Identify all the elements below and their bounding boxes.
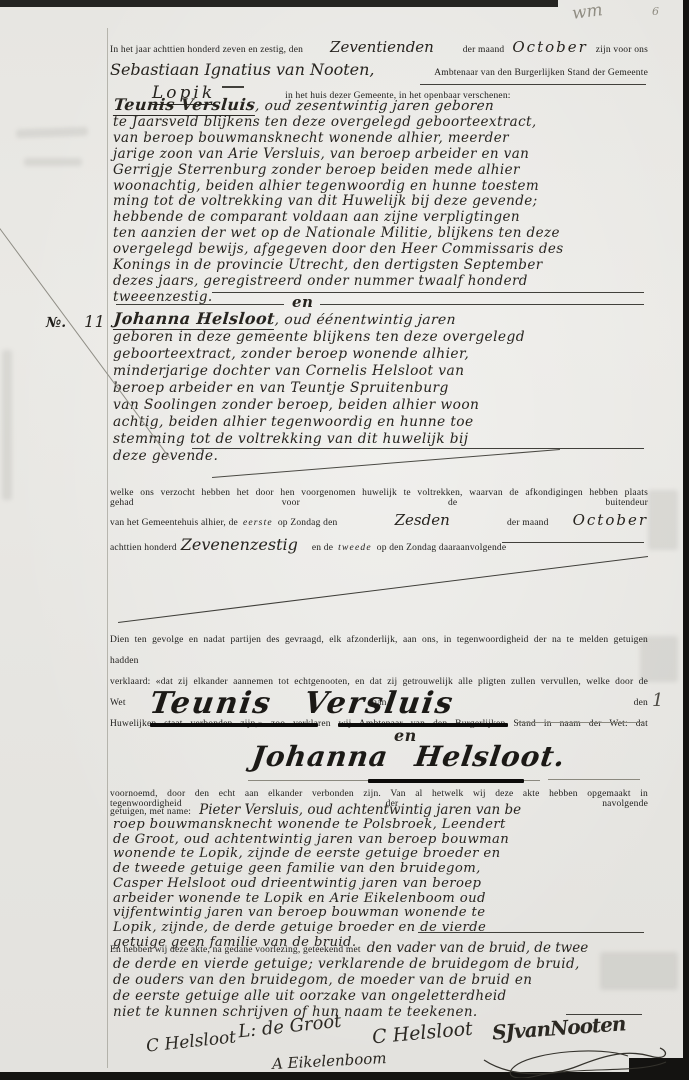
witness-line: de Groot, oud achtentwintig jaren van be… [113,833,509,848]
pencil-annotation-mark: 6 [652,5,659,18]
banns-printed-3d: op den Zondag daaraanvolgende [377,543,507,553]
bride-line: van Soolingen zonder beroep, beiden alhi… [113,397,525,414]
bride-line-1-rest: , oud éénentwintig jaren [274,312,456,328]
bleed-through-smudge [24,158,82,166]
name-underline-bar [368,779,524,783]
bride-line: geboorteextract, zonder beroep wonende a… [113,346,525,363]
intro-handwritten-registrar: Sebastiaan Ignatius van Nooten, [110,60,424,79]
groom-line: van beroep bouwmansknecht wonende alhier… [113,131,564,147]
scanned-marriage-record: wm 6 In het jaar achttien honderd zeven … [0,0,689,1080]
groom-line: ming tot de voltrekking van dit Huwelijk… [113,194,564,210]
banns-handwritten-month: October [573,511,648,529]
witness-line: Casper Helsloot oud drieentwintig jaren … [113,877,509,892]
groom-line: te Jaarsveld blijkens ten deze overgeleg… [113,115,564,131]
signature-c-helsloot-1: C Helsloot [145,1027,237,1056]
witness-line: arbeider wonende te Lopik en Arie Eikele… [113,892,509,907]
intro-handwritten-month: October [512,38,587,56]
fill-rule [222,86,244,88]
name-underline-bar [150,723,318,727]
fill-rule [212,292,644,293]
groom-line: overgelegd bewijs, afgegeven door den He… [113,242,564,258]
banns-printed-3c: tweede [338,543,372,553]
groom-line: Konings in de provincie Utrecht, den der… [113,258,564,274]
witnesses-label-line: getuigen, met name: Pieter Versluis, oud… [110,802,648,818]
bride-name: Johanna Helsloot [113,309,276,330]
intro-printed-3: zijn voor ons [596,45,648,55]
bride-paragraph: Johanna Helsloot, oud éénentwintig jaren… [113,310,525,465]
witnesses-label: getuigen, met name: [110,807,191,817]
witness-line: de tweede getuige geen familie van den b… [113,862,509,877]
fill-rule [502,542,644,543]
closing-line: de ouders van den bruidegom, de moeder v… [113,972,580,988]
pronounced-stray-mark: 1 [652,690,664,711]
intro-line-1: In het jaar achttien honderd zeven en ze… [110,38,648,60]
witness-line: vijfentwintig jaren van beroep bouwman w… [113,906,509,921]
closing-printed: En hebben wij deze akte, na gedane voorl… [110,945,361,955]
closing-line-1: En hebben wij deze akte, na gedane voorl… [110,940,648,956]
banns-printed-3a: achttien honderd [110,543,177,553]
banns-handwritten-year: Zevenenzestig [181,535,298,554]
closing-paragraph: de derde en vierde getuige; verklarende … [113,956,580,1020]
groom-name: Teunis Versluis [113,95,256,116]
banns-paragraph: welke ons verzocht hebben het door hen v… [110,488,648,559]
banns-printed-3b: en de [312,543,333,553]
intro-printed-4: Ambtenaar van den Burgerlijken Stand der… [434,68,648,78]
groom-line-1-rest: , oud zesentwintig jaren geboren [255,98,495,114]
intro-line-2: Sebastiaan Ignatius van Nooten, Ambtenaa… [110,60,648,83]
witness-line: Lopik, zijnde, de derde getuige broeder … [113,921,509,936]
intro-handwritten-day: Zeventienden [311,38,453,56]
witnesses-paragraph: roep bouwmansknecht wonende te Polsbroek… [113,818,509,950]
bride-line: stemming tot de voltrekking van dit huwe… [113,431,525,448]
scan-edge-top [0,0,558,7]
bleed-through-smudge [600,952,678,990]
banns-line-1: welke ons verzocht hebben het door hen v… [110,488,648,511]
banns-printed-2d: der maand [507,518,549,528]
bleed-through-smudge [16,127,88,139]
groom-line: woonachtig, beiden alhier tegenwoordig e… [113,179,564,195]
declaration-line: Dien ten gevolge en nadat partijen des g… [110,630,648,672]
fill-rule [418,932,644,933]
banns-line-3: achttien honderd Zevenenzestig en de twe… [110,535,648,559]
closing-handwritten-first: den vader van de bruid, de twee [367,940,588,956]
bride-line: beroep arbeider en van Teuntje Spruitenb… [113,380,525,397]
groom-line: Gerrigje Sterrenburg zonder beroep beide… [113,163,564,179]
witness-line: wonende te Lopik, zijnde de eerste getui… [113,847,509,862]
fill-rule [192,448,644,449]
groom-line: jarige zoon van Arie Versluis, van beroe… [113,147,564,163]
pronounced-bride-name: Johanna Helsloot. [250,740,568,773]
signature-c-helsloot-2: C Helsloot [371,1018,473,1049]
intro-printed-2: der maand [463,45,505,55]
groom-line: dezes jaars, geregistreerd onder nummer … [113,274,564,290]
banns-handwritten-day: Zesden [337,511,507,529]
bride-line: geboren in deze gemeente blijkens ten de… [113,329,525,346]
act-number-value: 11 [84,312,105,331]
divider-rule-left [116,304,284,305]
bleed-through-smudge [648,490,678,550]
registrar-signature-flourish [478,1038,678,1078]
baseline-rule [548,779,640,780]
signature-a-eikelenboom: A Eikelenboom [272,1049,387,1073]
bride-line-1: Johanna Helsloot, oud éénentwintig jaren [113,310,527,329]
banns-line-2: van het Gemeentehuis alhier, de eerste o… [110,511,648,535]
groom-line-1: Teunis Versluis, oud zesentwintig jaren … [113,97,565,115]
closing-line: niet te kunnen schrijven of hun naam te … [113,1004,580,1020]
groom-line: ten aanzien der wet op de Nationale Mili… [113,226,564,242]
intro-printed-1: In het jaar achttien honderd zeven en ze… [110,45,303,55]
fill-rule [420,84,646,85]
banns-printed-2c: op Zondag den [278,518,338,528]
groom-line: hebbende de comparant voldaan aan zijne … [113,210,564,226]
strike-line [118,556,648,623]
pencil-annotation: wm [571,0,604,24]
pronounced-groom-name: Teunis Versluis [148,686,457,721]
closing-line: de derde en vierde getuige; verklarende … [113,956,580,972]
banns-printed-2a: van het Gemeentehuis alhier, de [110,518,238,528]
act-number-label: №. [46,315,66,331]
bride-line: achtig, beiden alhier tegenwoordig en hu… [113,414,525,431]
scan-edge-right [683,0,689,1080]
baseline-rule [516,722,644,723]
witnesses-first-line: Pieter Versluis, oud achtentwintig jaren… [199,802,521,818]
divider-rule-right [320,304,644,305]
banns-printed-2b: eerste [243,518,273,528]
witness-line: roep bouwmansknecht wonende te Polsbroek… [113,818,509,833]
closing-line: de eerste getuige alle uit oorzake van o… [113,988,580,1004]
bride-line: minderjarige dochter van Cornelis Helslo… [113,363,525,380]
groom-paragraph: Teunis Versluis, oud zesentwintig jaren … [113,97,564,306]
name-underline-bar [338,723,508,727]
act-number: №. 11 [46,312,105,332]
bleed-through-smudge [2,350,12,500]
margin-rule [107,28,108,1068]
divider-en: en [292,293,313,311]
